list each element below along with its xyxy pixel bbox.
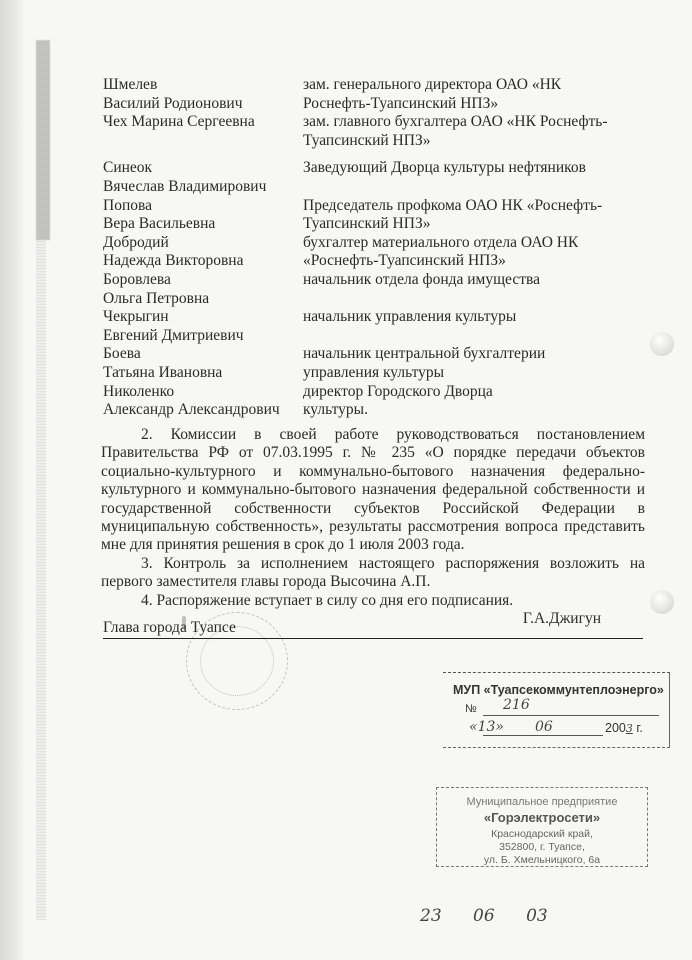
- member-role: бухгалтер материального отдела ОАО НК«Ро…: [303, 234, 663, 271]
- member-role: директор Городского Дворцакультуры.: [303, 383, 663, 420]
- signatory-title: Глава города Туапсе: [103, 619, 236, 637]
- stamp-day: «13»: [469, 719, 504, 735]
- scan-binding-mark-lower: [36, 240, 46, 920]
- stamp-org-type: Муниципальное предприятие: [437, 796, 647, 808]
- stamp-org-name: «Горэлектросети»: [437, 810, 647, 825]
- stamp-number-value: 216: [503, 697, 530, 713]
- member-row: Чех Марина Сергеевна зам. главного бухга…: [103, 95, 663, 151]
- scan-binding-mark: [36, 40, 50, 240]
- member-name: Чех Марина Сергеевна: [103, 95, 303, 151]
- member-row: НиколенкоАлександр Александрович директо…: [103, 383, 663, 420]
- member-name: ПоповаВера Васильевна: [103, 197, 303, 234]
- stamp-number-label: №: [465, 703, 477, 715]
- paragraph-2: 2. Комиссии в своей работе руководствова…: [101, 426, 645, 555]
- member-row: БоровлеваОльга Петровна начальник отдела…: [103, 271, 663, 308]
- member-name: БоровлеваОльга Петровна: [103, 271, 303, 308]
- stamp-date-underline: [483, 735, 603, 736]
- commission-members-list: ШмелевВасилий Родионович зам. генерально…: [103, 76, 663, 420]
- handwritten-date: 23 06 03: [420, 906, 548, 926]
- stamp-year: 2003 г.: [605, 721, 643, 735]
- signature-line: Глава города Туапсе Г.А.Джигун: [103, 616, 643, 639]
- member-role: Председатель профкома ОАО НК «Роснефть-Т…: [303, 197, 663, 234]
- order-paragraphs: 2. Комиссии в своей работе руководствова…: [101, 426, 645, 610]
- stamp-org-address: Краснодарский край, 352800, г. Туапсе, у…: [437, 828, 647, 867]
- member-row: БоеваТатьяна Ивановна начальник централь…: [103, 345, 663, 382]
- member-row: ПоповаВера Васильевна Председатель профк…: [103, 197, 663, 234]
- signatory-name: Г.А.Джигун: [523, 610, 601, 628]
- incoming-registration-stamp: МУП «Туапсекоммунтеплоэнерго» № 216 «13»…: [443, 672, 670, 748]
- stamp-number-underline: [483, 715, 659, 716]
- member-name: ЧекрыгинЕвгений Дмитриевич: [103, 308, 303, 345]
- member-name: ДобродийНадежда Викторовна: [103, 234, 303, 271]
- member-role: начальник управления культуры: [303, 308, 663, 345]
- member-role: зам. главного бухгалтера ОАО «НК Роснефт…: [303, 95, 663, 151]
- paragraph-3: 3. Контроль за исполнением настоящего ра…: [101, 555, 645, 592]
- punch-hole-lower: [650, 590, 674, 614]
- stamp-month: 06: [535, 719, 553, 735]
- organization-address-stamp: Муниципальное предприятие «Горэлектросет…: [436, 787, 648, 867]
- member-row: СинеокВячеслав Владимирович Заведующий Д…: [103, 159, 663, 196]
- member-role: Заведующий Дворца культуры нефтяников: [303, 159, 663, 196]
- member-role: начальник отдела фонда имущества: [303, 271, 663, 308]
- member-row: ДобродийНадежда Викторовна бухгалтер мат…: [103, 234, 663, 271]
- member-name: НиколенкоАлександр Александрович: [103, 383, 303, 420]
- member-row: ЧекрыгинЕвгений Дмитриевич начальник упр…: [103, 308, 663, 345]
- stamp-organization: МУП «Туапсекоммунтеплоэнерго»: [453, 683, 664, 697]
- member-name: СинеокВячеслав Владимирович: [103, 159, 303, 196]
- member-name: БоеваТатьяна Ивановна: [103, 345, 303, 382]
- member-role: начальник центральной бухгалтерииуправле…: [303, 345, 663, 382]
- paragraph-4: 4. Распоряжение вступает в силу со дня е…: [101, 592, 645, 610]
- scan-left-edge-shadow: [0, 0, 26, 960]
